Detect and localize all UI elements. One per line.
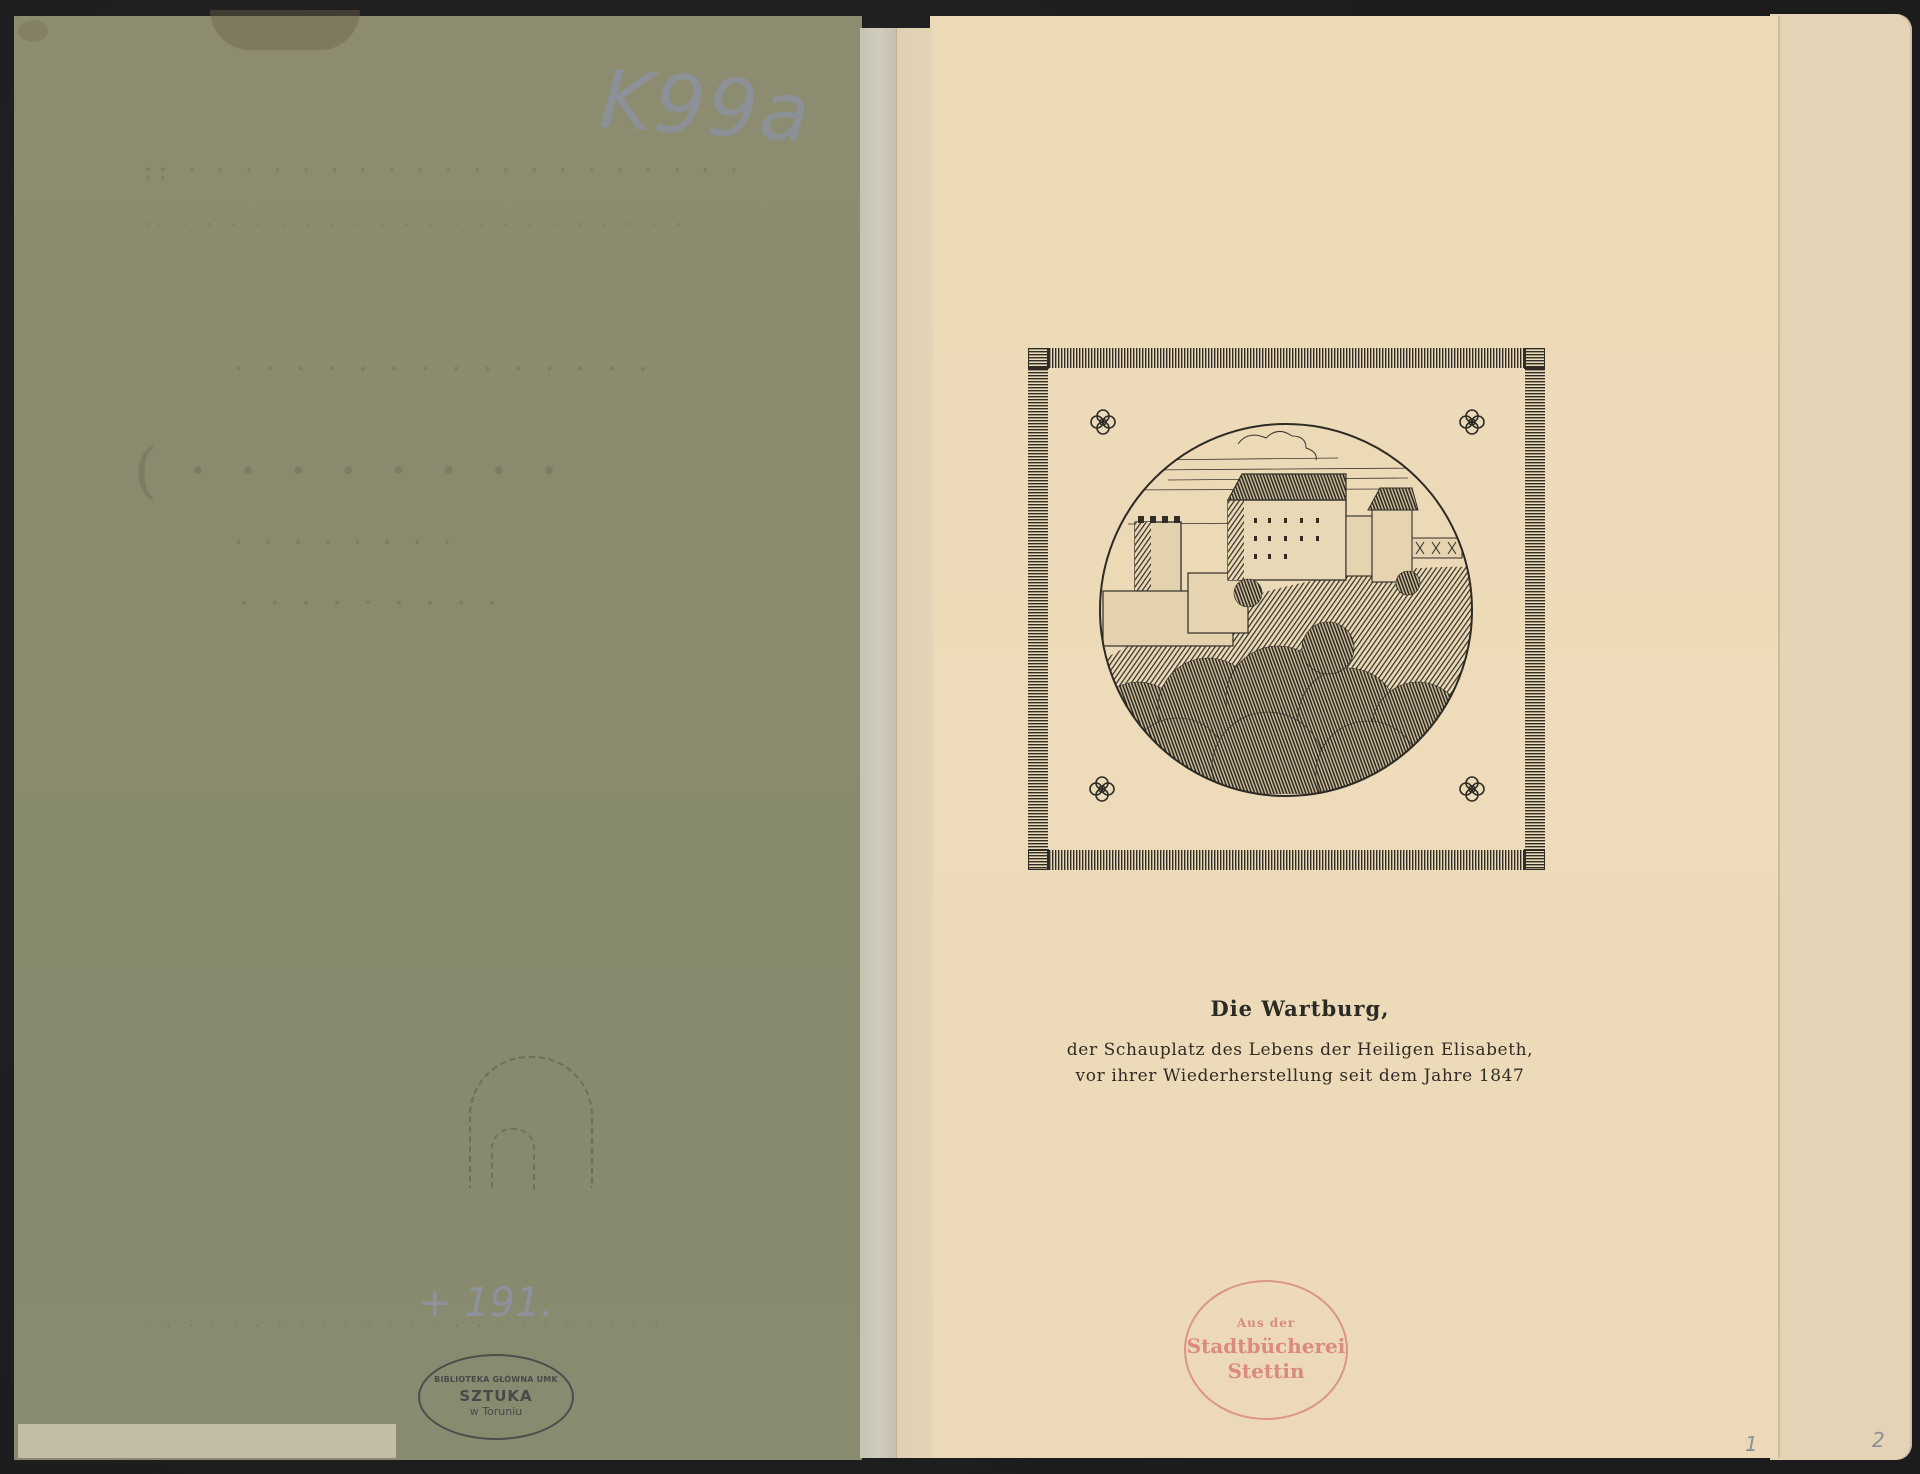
handwritten-shelfmark: K99a	[597, 53, 814, 161]
stamp-line-2: Stadtbücherei	[1187, 1335, 1346, 1358]
book-scan: :: · · · · · · · · · · · · · · · · · · ·…	[0, 0, 1920, 1474]
caption-line-2: vor ihrer Wiederherstellung seit dem Jah…	[1050, 1066, 1550, 1086]
spine-tissue-hinge	[860, 28, 896, 1458]
stamp-line-3: w Toruniu	[470, 1406, 523, 1418]
caption-title: Die Wartburg,	[1050, 996, 1550, 1021]
rosette-icon	[1091, 410, 1115, 434]
embossed-mark	[469, 1056, 593, 1188]
library-stamp-torun: BIBLIOTEKA GŁÓWNA UMK SZTUKA w Toruniu	[418, 1354, 574, 1440]
castle-vignette	[1088, 418, 1498, 825]
stamp-line-1: Aus der	[1237, 1317, 1295, 1331]
show-through-text: · · · · · · · · · · · · · · · · · · · · …	[144, 1316, 665, 1335]
show-through-text: ·· · · · · · · · · · · · · · · · · · · ·…	[144, 212, 688, 236]
rosette-icon	[1090, 777, 1114, 801]
water-stain	[210, 10, 360, 50]
folio-number: 1	[1745, 1432, 1758, 1456]
stamp-line-2: SZTUKA	[459, 1388, 532, 1405]
rosette-icon	[1460, 777, 1484, 801]
corner-stain	[18, 20, 48, 42]
caption-line-1: der Schauplatz des Lebens der Heiligen E…	[1050, 1040, 1550, 1060]
show-through-text: · · · · · · · ·	[234, 526, 458, 559]
show-through-text: · · · · · · · · ·	[239, 586, 503, 621]
left-page-green-endpaper: :: · · · · · · · · · · · · · · · · · · ·…	[14, 16, 862, 1460]
show-through-text: ( · · · · · · · ·	[134, 436, 565, 506]
show-through-text: :: · · · · · · · · · · · · · · · · · · ·…	[144, 156, 744, 186]
gutter-strip	[896, 28, 933, 1458]
tissue-repair-strip	[18, 1424, 396, 1458]
show-through-text: · · · · · · · · · · · · · ·	[234, 352, 653, 387]
wartburg-engraving	[1028, 348, 1545, 870]
library-stamp-stettin: Aus der Stadtbücherei Stettin	[1184, 1280, 1348, 1420]
next-leaf-edge	[1770, 14, 1912, 1460]
stamp-line-3: Stettin	[1227, 1360, 1304, 1383]
stamp-line-1: BIBLIOTEKA GŁÓWNA UMK	[434, 1376, 558, 1385]
handwritten-accession-number: + 191.	[418, 1280, 553, 1326]
folio-number: 2	[1872, 1428, 1885, 1452]
rosette-icon	[1460, 410, 1484, 434]
